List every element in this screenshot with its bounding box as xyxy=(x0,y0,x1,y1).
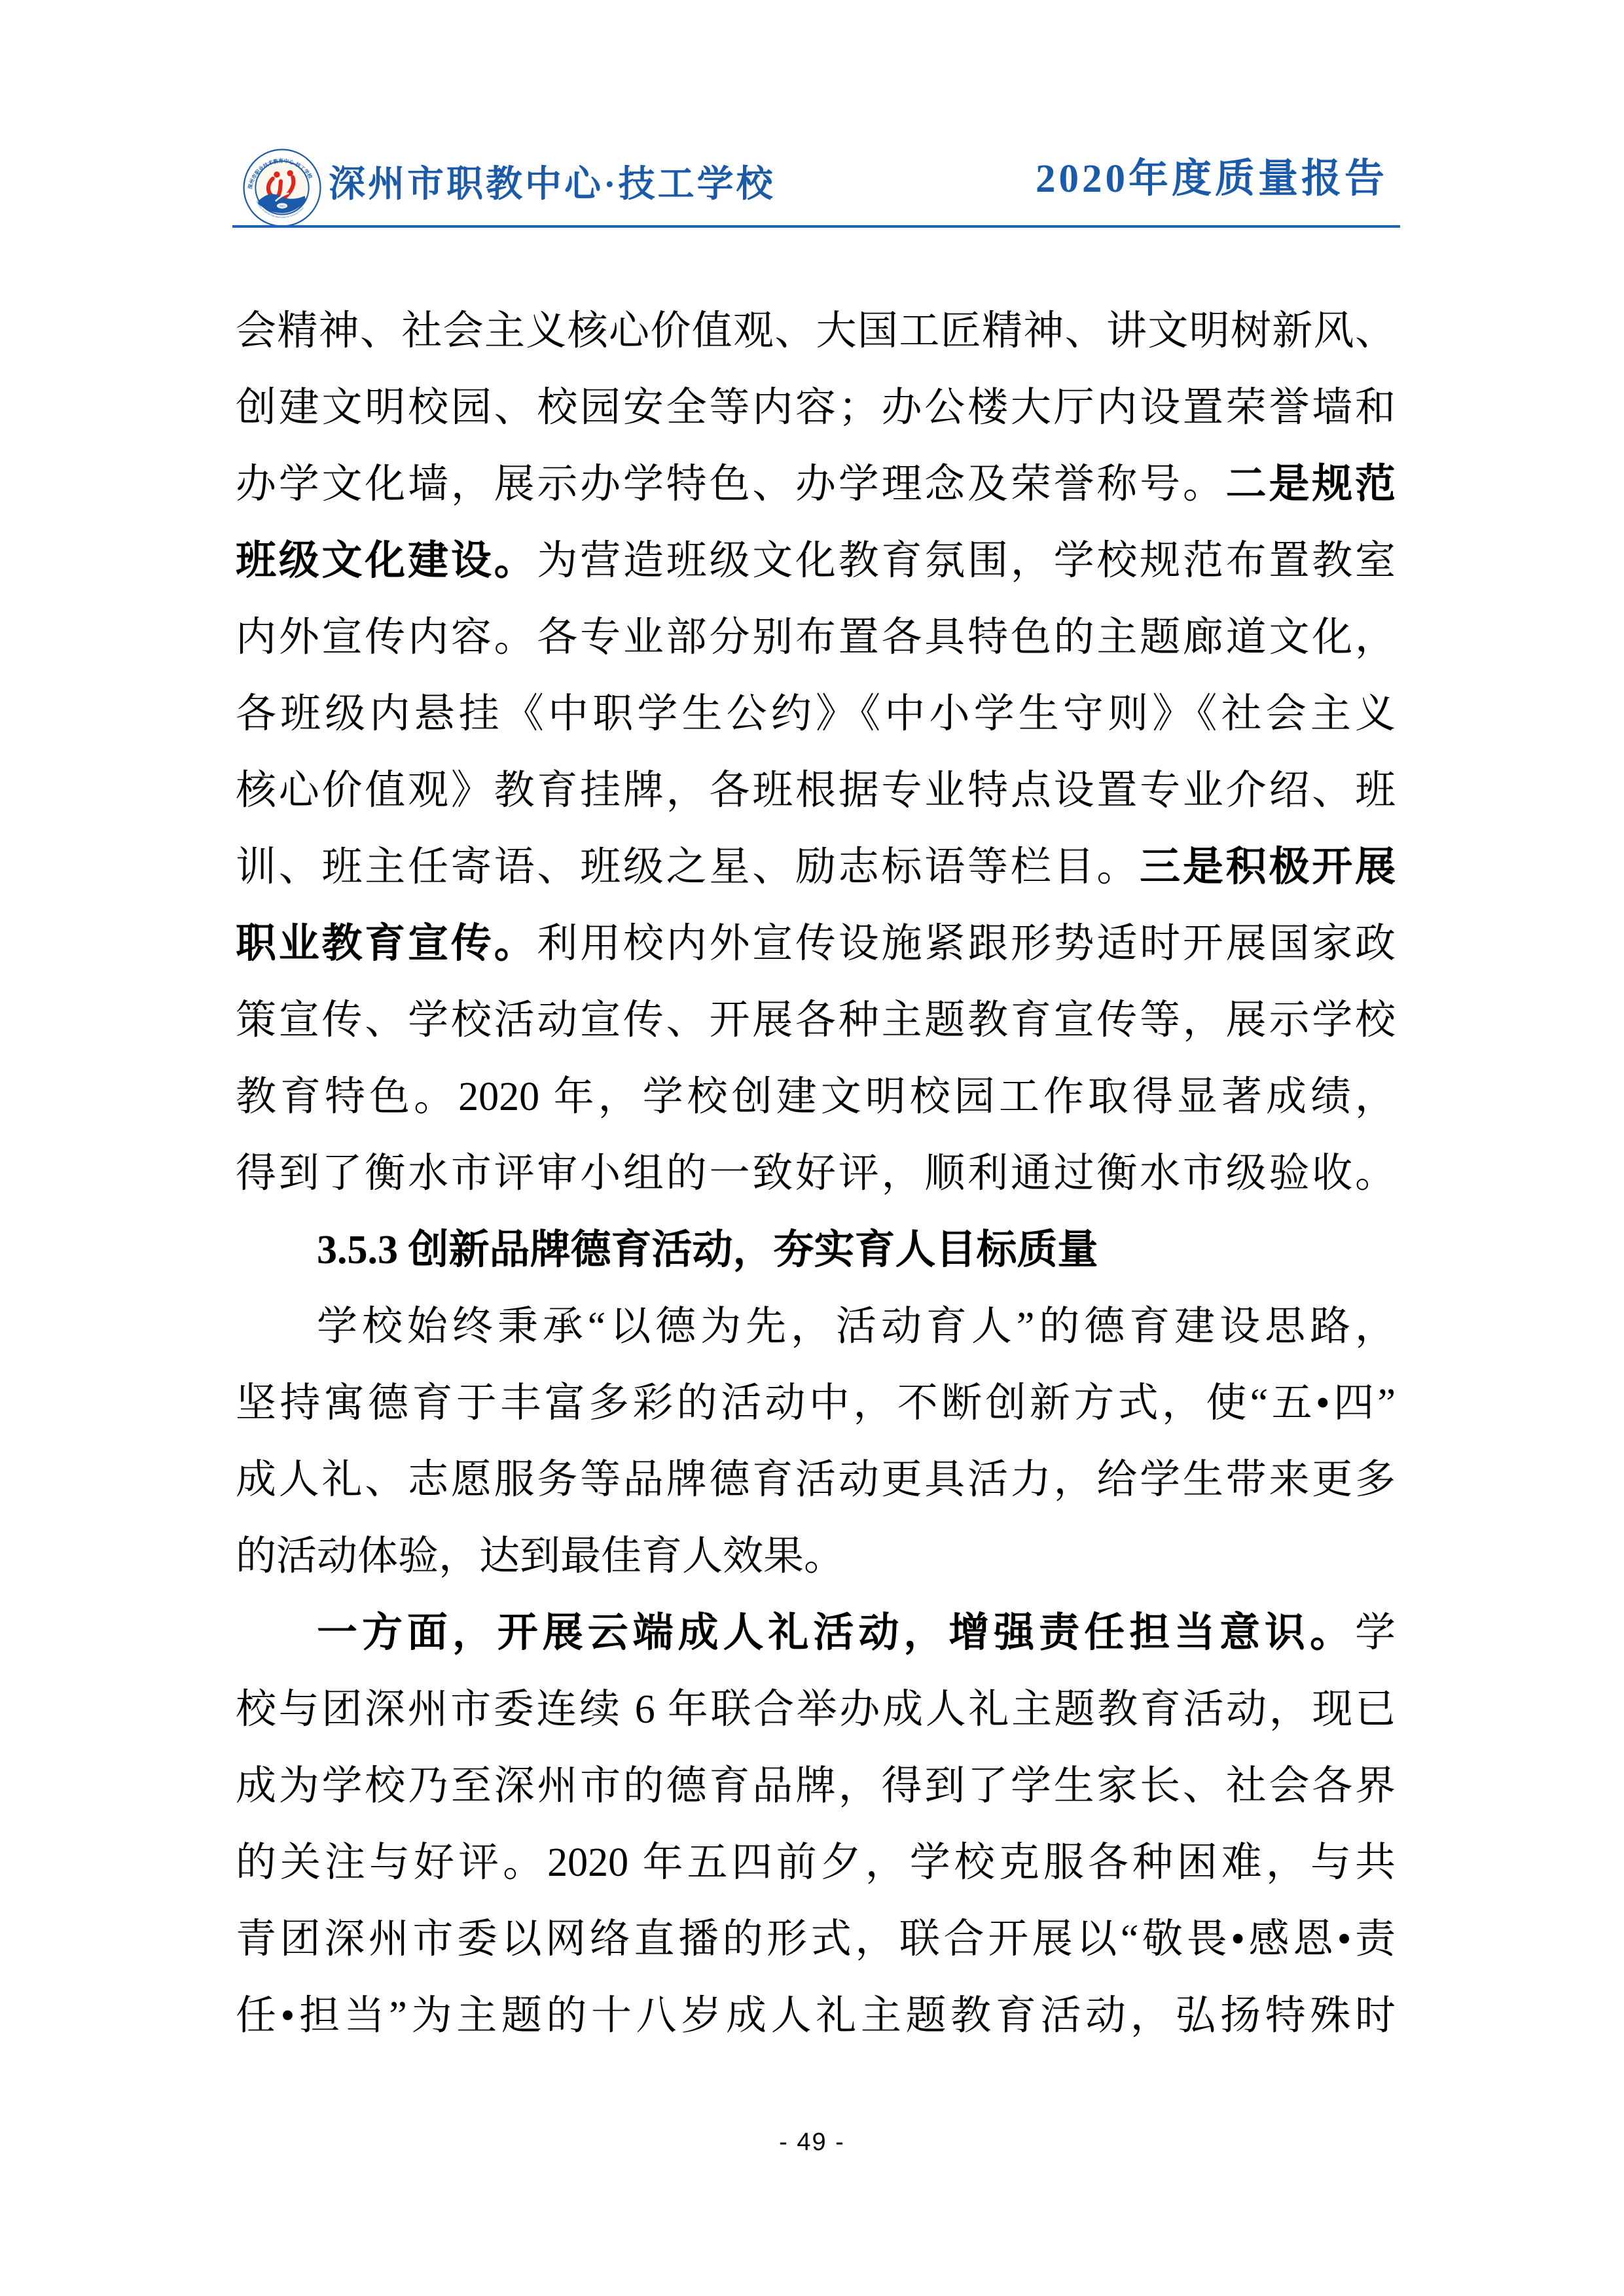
body-segment: 利用校内外宣传设施紧跟形势适时开展国家政 xyxy=(537,922,1396,966)
body-text: 会精神、社会主义核心价值观、大国工匠精神、讲文明树新风、创建文明校园、校园安全等… xyxy=(236,293,1396,2054)
body-line: 策宣传、学校活动宣传、开展各种主题教育宣传等，展示学校 xyxy=(236,982,1396,1059)
body-segment: 成为学校乃至深州市的德育品牌，得到了学生家长、社会各界 xyxy=(236,1764,1396,1808)
body-segment: 成人礼、志愿服务等品牌德育活动更具活力，给学生带来更多 xyxy=(236,1458,1396,1502)
body-segment: 得到了衡水市评审小组的一致好评，顺利通过衡水市级验收。 xyxy=(236,1151,1396,1196)
body-line: 学校始终秉承“以德为先，活动育人”的德育建设思路， xyxy=(236,1289,1396,1365)
body-segment: 的活动体验，达到最佳育人效果。 xyxy=(236,1534,844,1579)
body-line: 的关注与好评。2020 年五四前夕，学校克服各种困难，与共 xyxy=(236,1825,1396,1901)
document-page: 深州市职业技术教育中心·技工学校 Shenzhou Vocational Edu… xyxy=(0,0,1624,2296)
body-segment-bold: 班级文化建设。 xyxy=(236,539,537,583)
report-title: 2020年度质量报告 xyxy=(1036,159,1388,199)
body-segment: 青团深州市委以网络直播的形式，联合开展以“敬畏•感恩•责 xyxy=(236,1917,1396,1962)
body-line: 各班级内悬挂《中职学生公约》《中小学生守则》《社会主义 xyxy=(236,676,1396,753)
body-segment-bold: 三是积极开展 xyxy=(1140,845,1396,889)
body-line: 训、班主任寄语、班级之星、励志标语等栏目。三是积极开展 xyxy=(236,829,1396,906)
body-segment: 创建文明校园、校园安全等内容；办公楼大厅内设置荣誉墙和 xyxy=(236,386,1396,430)
body-segment: 学校始终秉承“以德为先，活动育人”的德育建设思路， xyxy=(317,1304,1396,1349)
body-line: 得到了衡水市评审小组的一致好评，顺利通过衡水市级验收。 xyxy=(236,1136,1396,1212)
body-line: 成人礼、志愿服务等品牌德育活动更具活力，给学生带来更多 xyxy=(236,1442,1396,1518)
logo-year-label: 2003 xyxy=(279,205,285,208)
body-line: 办学文化墙，展示办学特色、办学理念及荣誉称号。二是规范 xyxy=(236,446,1396,523)
body-segment-bold: 二是规范 xyxy=(1226,462,1396,507)
body-line: 会精神、社会主义核心价值观、大国工匠精神、讲文明树新风、 xyxy=(236,293,1396,370)
body-segment-bold: 3.5.3 创新品牌德育活动，夯实育人目标质量 xyxy=(317,1228,1098,1272)
body-line: 职业教育宣传。利用校内外宣传设施紧跟形势适时开展国家政 xyxy=(236,906,1396,982)
page-number: - 49 - xyxy=(0,2128,1624,2157)
body-segment: 内外宣传内容。各专业部分别布置各具特色的主题廊道文化， xyxy=(236,615,1396,660)
body-line: 的活动体验，达到最佳育人效果。 xyxy=(236,1518,1396,1595)
body-line: 坚持寓德育于丰富多彩的活动中，不断创新方式，使“五•四” xyxy=(236,1365,1396,1442)
body-line: 核心价值观》教育挂牌，各班根据专业特点设置专业介绍、班 xyxy=(236,753,1396,829)
body-segment: 训、班主任寄语、班级之星、励志标语等栏目。 xyxy=(236,845,1140,889)
body-line: 创建文明校园、校园安全等内容；办公楼大厅内设置荣誉墙和 xyxy=(236,370,1396,446)
body-line: 成为学校乃至深州市的德育品牌，得到了学生家长、社会各界 xyxy=(236,1748,1396,1825)
body-line: 内外宣传内容。各专业部分别布置各具特色的主题廊道文化， xyxy=(236,600,1396,676)
body-line: 教育特色。2020 年，学校创建文明校园工作取得显著成绩， xyxy=(236,1059,1396,1136)
body-line: 一方面，开展云端成人礼活动，增强责任担当意识。学 xyxy=(236,1595,1396,1672)
body-line: 班级文化建设。为营造班级文化教育氛围，学校规范布置教室 xyxy=(236,523,1396,600)
body-segment: 办学文化墙，展示办学特色、办学理念及荣誉称号。 xyxy=(236,462,1226,507)
body-line: 任•担当”为主题的十八岁成人礼主题教育活动，弘扬特殊时 xyxy=(236,1978,1396,2054)
school-logo-icon: 深州市职业技术教育中心·技工学校 Shenzhou Vocational Edu… xyxy=(242,148,322,228)
header-rule xyxy=(232,225,1400,228)
body-segment: 会精神、社会主义核心价值观、大国工匠精神、讲文明树新风、 xyxy=(236,309,1396,353)
body-segment: 任•担当”为主题的十八岁成人礼主题教育活动，弘扬特殊时 xyxy=(236,1994,1396,2038)
body-segment-bold: 职业教育宣传。 xyxy=(236,922,537,966)
body-segment: 为营造班级文化教育氛围，学校规范布置教室 xyxy=(537,539,1396,583)
school-name: 深州市职教中心·技工学校 xyxy=(329,166,776,203)
body-segment: 的关注与好评。2020 年五四前夕，学校克服各种困难，与共 xyxy=(236,1840,1396,1885)
body-segment: 教育特色。2020 年，学校创建文明校园工作取得显著成绩， xyxy=(236,1075,1396,1119)
body-segment-bold: 一方面，开展云端成人礼活动，增强责任担当意识。 xyxy=(317,1611,1355,1655)
body-segment: 核心价值观》教育挂牌，各班根据专业特点设置专业介绍、班 xyxy=(236,768,1396,813)
body-segment: 各班级内悬挂《中职学生公约》《中小学生守则》《社会主义 xyxy=(236,692,1396,736)
body-segment: 校与团深州市委连续 6 年联合举办成人礼主题教育活动，现已 xyxy=(236,1687,1396,1732)
body-segment: 学 xyxy=(1355,1611,1396,1655)
body-line: 校与团深州市委连续 6 年联合举办成人礼主题教育活动，现已 xyxy=(236,1672,1396,1748)
body-segment: 策宣传、学校活动宣传、开展各种主题教育宣传等，展示学校 xyxy=(236,998,1396,1043)
body-segment: 坚持寓德育于丰富多彩的活动中，不断创新方式，使“五•四” xyxy=(236,1381,1396,1426)
body-line: 青团深州市委以网络直播的形式，联合开展以“敬畏•感恩•责 xyxy=(236,1901,1396,1978)
body-line: 3.5.3 创新品牌德育活动，夯实育人目标质量 xyxy=(236,1212,1396,1289)
